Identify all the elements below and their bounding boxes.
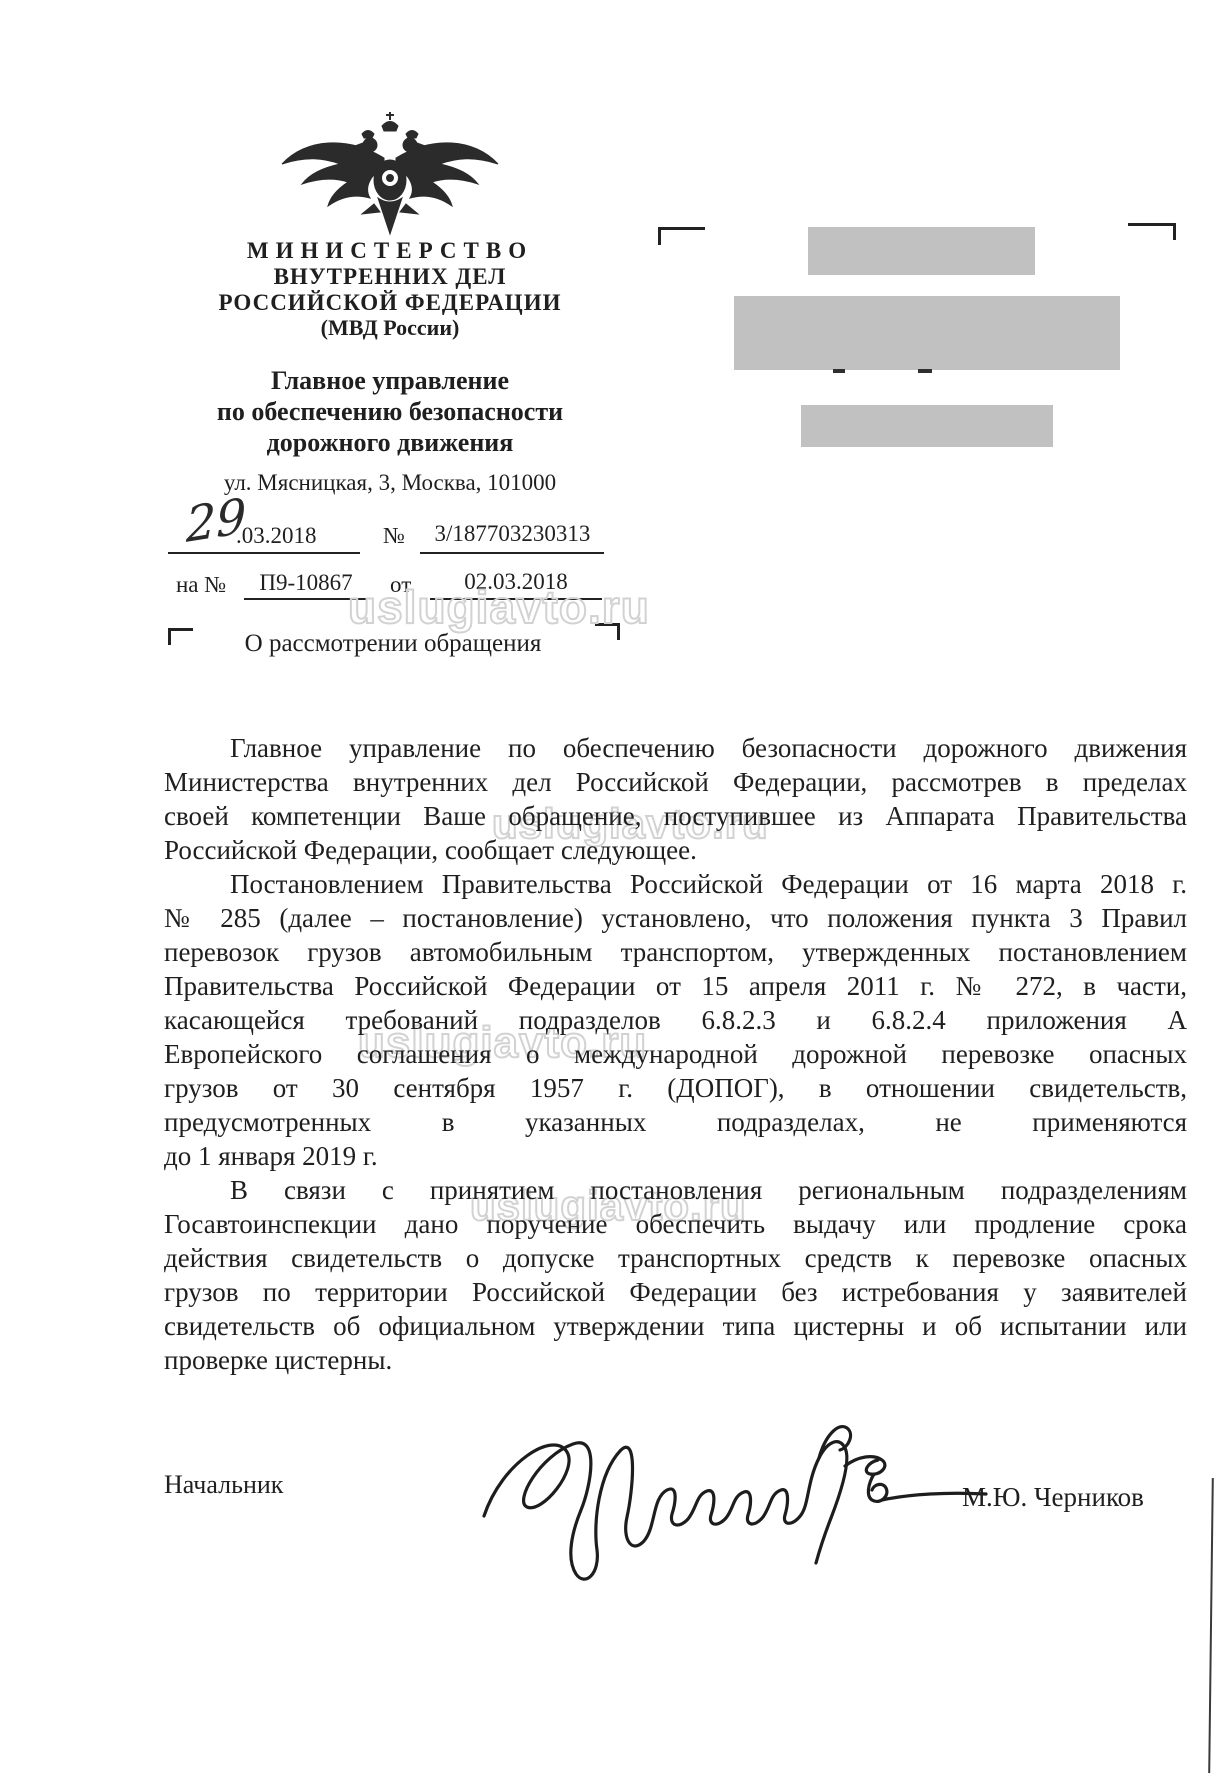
outgoing-number-underline bbox=[420, 552, 604, 554]
body-line: Европейского соглашения о международной … bbox=[164, 1037, 1187, 1071]
ministry-name-line1: МИНИСТЕРСТВО bbox=[160, 238, 620, 264]
incoming-date-underline bbox=[430, 598, 602, 600]
department-name-line3: дорожного движения bbox=[160, 428, 620, 457]
addressee-corner-left bbox=[658, 227, 705, 245]
from-word: от bbox=[390, 572, 411, 598]
department-name-line1: Главное управление bbox=[160, 366, 620, 395]
body-line: Российской Федерации, сообщает следующее… bbox=[164, 833, 1187, 867]
body-line: перевозок грузов автомобильным транспорт… bbox=[164, 935, 1187, 969]
body-line: касающейся требований подразделов 6.8.2.… bbox=[164, 1003, 1187, 1037]
body-line: грузов по территории Российской Федераци… bbox=[164, 1275, 1187, 1309]
date-underline bbox=[168, 552, 360, 554]
ministry-name-line2: ВНУТРЕННИХ ДЕЛ bbox=[160, 264, 620, 290]
reply-to-prefix: на № bbox=[176, 572, 226, 598]
body-line: своей компетенции Ваше обращение, поступ… bbox=[164, 799, 1187, 833]
incoming-number: П9-10867 bbox=[246, 570, 366, 596]
body-line: действия свидетельств о допуске транспор… bbox=[164, 1241, 1187, 1275]
department-name-line2: по обеспечению безопасности bbox=[160, 397, 620, 426]
body-line: Министерства внутренних дел Российской Ф… bbox=[164, 765, 1187, 799]
outgoing-number: 3/187703230313 bbox=[425, 521, 600, 547]
addressee-corner-right bbox=[1128, 223, 1176, 240]
body-line: предусмотренных в указанных подразделах,… bbox=[164, 1105, 1187, 1139]
subject-line: О рассмотрении обращения bbox=[168, 630, 618, 658]
body-line: № 285 (далее – постановление) установлен… bbox=[164, 901, 1187, 935]
body-line: Госавтоинспекции дано поручение обеспечи… bbox=[164, 1207, 1187, 1241]
document-page: МИНИСТЕРСТВО ВНУТРЕННИХ ДЕЛ РОССИЙСКОЙ Ф… bbox=[0, 0, 1227, 1773]
ministry-name-line3: РОССИЙСКОЙ ФЕДЕРАЦИИ bbox=[160, 290, 620, 316]
letter-date: .03.2018 bbox=[236, 523, 317, 549]
body-line: Главное управление по обеспечению безопа… bbox=[164, 731, 1187, 765]
body-line: свидетельств об официальном утверждении … bbox=[164, 1309, 1187, 1343]
incoming-date: 02.03.2018 bbox=[432, 569, 600, 595]
redacted-recipient-block-2 bbox=[734, 296, 1120, 370]
signer-name: М.Ю. Черников bbox=[962, 1482, 1144, 1513]
redacted-recipient-block-1 bbox=[808, 227, 1035, 275]
ministry-abbreviation: (МВД России) bbox=[160, 316, 620, 341]
body-text: Главное управление по обеспечению безопа… bbox=[164, 731, 1187, 1377]
redacted-recipient-block-3 bbox=[801, 405, 1053, 447]
incoming-number-underline bbox=[244, 598, 366, 600]
body-line: В связи с принятием постановления регион… bbox=[164, 1173, 1187, 1207]
redaction-remnant-mark bbox=[833, 369, 845, 373]
numero-sign: № bbox=[383, 523, 405, 549]
body-line: Правительства Российской Федерации от 15… bbox=[164, 969, 1187, 1003]
body-line: грузов от 30 сентября 1957 г. (ДОПОГ), в… bbox=[164, 1071, 1187, 1105]
handwritten-signature bbox=[470, 1396, 1010, 1591]
body-line: проверке цистерны. bbox=[164, 1343, 1187, 1377]
redaction-remnant-mark bbox=[918, 369, 932, 373]
body-line: Постановлением Правительства Российской … bbox=[164, 867, 1187, 901]
body-line: до 1 января 2019 г. bbox=[164, 1139, 1187, 1173]
mvd-eagle-emblem bbox=[278, 112, 502, 236]
signer-position: Начальник bbox=[164, 1470, 283, 1500]
scan-artifact-line bbox=[1208, 1478, 1214, 1773]
